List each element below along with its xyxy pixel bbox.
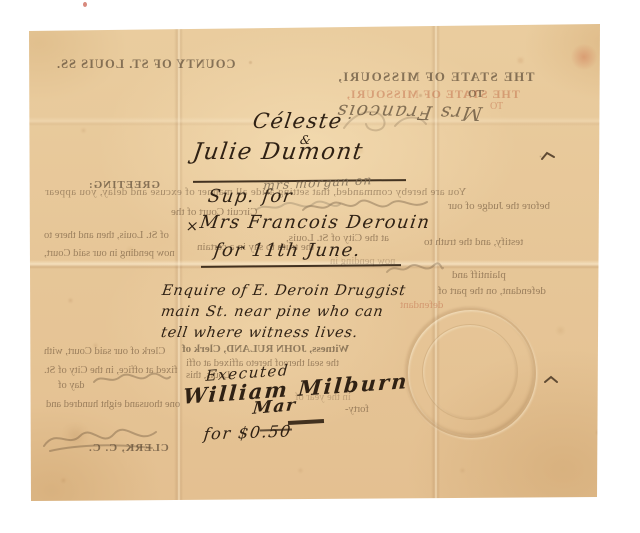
bleed-louis-then-line: of St. Louis, then and there to: [44, 230, 169, 241]
return-date: for 11th June.: [213, 240, 363, 261]
ink-scrawl-ghost: [92, 371, 172, 387]
embossed-seal-inner-ring: [422, 324, 518, 420]
fee-note: for $0.50: [203, 421, 293, 443]
party-name-2: Julie Dumont: [191, 139, 365, 165]
aged-paper-sheet: COUNTY OF ST. LOUIS SS. THE STATE OF MIS…: [0, 0, 640, 533]
bleed-year-line: one thousand eight hundred and: [46, 399, 180, 410]
ink-scrawl-ghost-signature: [40, 424, 160, 454]
service-note-line3: tell where witness lives.: [160, 325, 359, 341]
bleed-defendant-red: defendant: [400, 299, 443, 311]
bleed-forty-fragment: forty-: [345, 404, 369, 415]
ink-mark: [543, 374, 559, 386]
red-ink-stain: [570, 44, 598, 70]
document-photo: COUNTY OF ST. LOUIS SS. THE STATE OF MIS…: [0, 0, 640, 533]
paper-freckles: [0, 0, 1, 1]
service-note-line2: main St. near pine who can: [160, 304, 385, 320]
party-name-1: Céleste: [251, 109, 344, 133]
bleed-clerk-court-line: Clerk of our said Court, with: [44, 346, 165, 357]
witness-name: Mrs Francois Derouin: [199, 212, 432, 233]
service-note-line1: Enquire of E. Deroin Druggist: [161, 283, 407, 299]
embossed-seal: [406, 308, 536, 438]
bleed-testify-line: testify, and the truth to: [424, 236, 523, 248]
bleed-defendant-line: defendant, on the part of: [438, 285, 546, 297]
paraph-underline: [288, 419, 324, 425]
bleed-plaintiff-line: plaintiff and: [452, 269, 506, 281]
bleed-pending-line: now pending in our said Court,: [44, 248, 175, 259]
ink-mark: [540, 150, 556, 162]
upside-down-name: Mrs Francois: [334, 100, 484, 124]
bleed-judge-line: before the Judge of our: [448, 200, 550, 212]
bleed-to-label-red: TO: [490, 101, 503, 112]
signature-paraph: Mar: [252, 395, 298, 419]
bleed-county-line: COUNTY OF ST. LOUIS SS.: [56, 57, 236, 72]
red-fleck: [83, 2, 87, 7]
bleed-witness-line: Witness, JOHN RULAND, Clerk of: [182, 343, 349, 355]
bleed-day-of-line: day of: [58, 380, 85, 391]
bleed-state-line: THE STATE OF MISSOURI,: [337, 69, 534, 85]
